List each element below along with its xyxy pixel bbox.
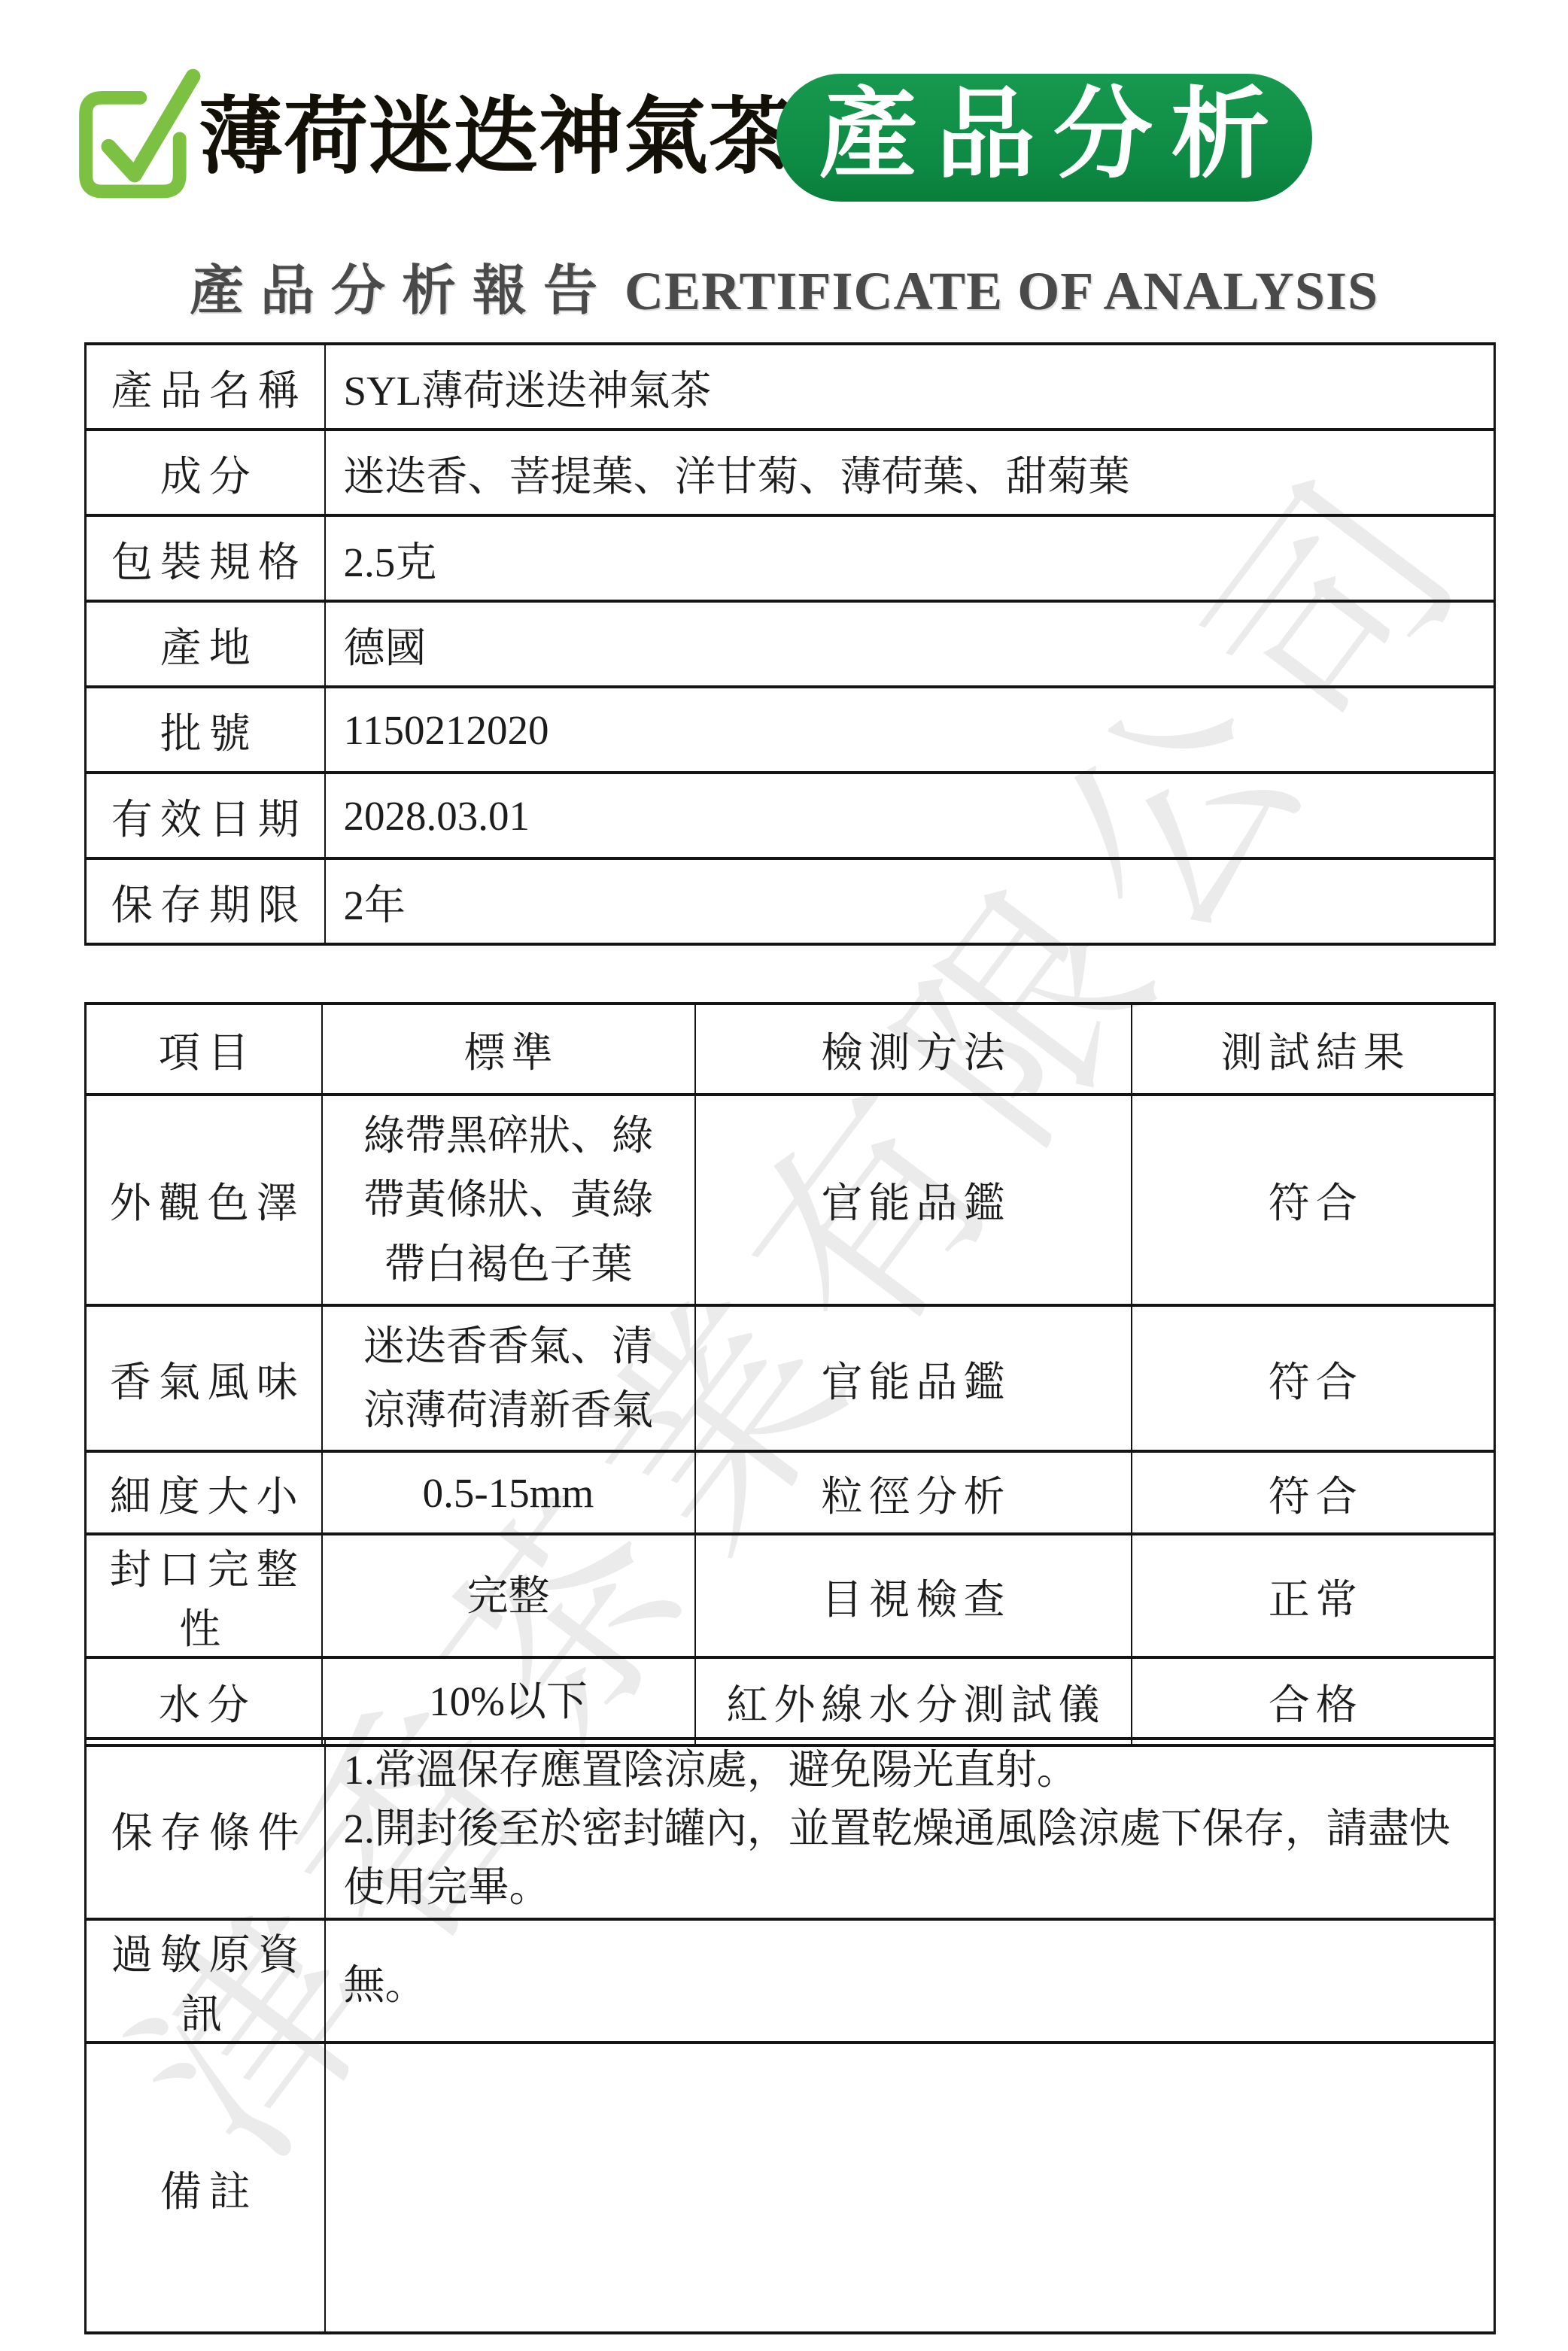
info-row-label: 產品名稱 — [86, 344, 325, 430]
info-row-label: 產地 — [86, 601, 325, 687]
allergen-info-value: 無。 — [325, 1919, 1495, 2043]
storage-info-table: 保存條件 1.常溫保存應置陰涼處，避免陽光直射。 2.開封後至於密封罐內，並置乾… — [84, 1737, 1496, 2334]
checkbox-check-icon — [68, 64, 202, 207]
test-cell-result: 符合 — [1132, 1451, 1495, 1534]
info-row-label: 批號 — [86, 687, 325, 773]
test-cell-standard: 迷迭香香氣、清涼薄荷清新香氣 — [322, 1305, 695, 1452]
info-row-label: 保存期限 — [86, 858, 325, 944]
test-cell-standard: 0.5-15mm — [322, 1451, 695, 1534]
table-row: 封口完整性 完整 目視檢查 正常 — [86, 1534, 1495, 1657]
table-row: 成分 迷迭香、菩提葉、洋甘菊、薄荷葉、甜菊葉 — [86, 430, 1495, 515]
table-row: 香氣風味 迷迭香香氣、清涼薄荷清新香氣 官能品鑑 符合 — [86, 1305, 1495, 1452]
product-info-table: 產品名稱 SYL薄荷迷迭神氣茶 成分 迷迭香、菩提葉、洋甘菊、薄荷葉、甜菊葉 包… — [84, 342, 1496, 946]
page-header: 薄荷迷迭神氣茶 產品分析 — [0, 0, 1568, 226]
test-cell-result: 符合 — [1132, 1305, 1495, 1452]
test-cell-item: 封口完整性 — [86, 1534, 322, 1657]
test-cell-method: 目視檢查 — [695, 1534, 1132, 1657]
info-row-value: 2.5克 — [325, 515, 1495, 601]
storage-condition-line: 2.開封後至於密封罐內，並置乾燥通風陰涼處下保存，請盡快使用完畢。 — [344, 1800, 1482, 1917]
info-row-label: 包裝規格 — [86, 515, 325, 601]
test-header-method: 檢測方法 — [695, 1004, 1132, 1095]
table-row: 水分 10%以下 紅外線水分測試儀 合格 — [86, 1657, 1495, 1745]
test-cell-item: 香氣風味 — [86, 1305, 322, 1452]
info-row-label: 有效日期 — [86, 773, 325, 858]
document-title-zh: 產品分析報告 — [190, 261, 614, 321]
table-row: 備註 — [86, 2043, 1495, 2333]
badge-label: 產品分析 — [801, 85, 1288, 190]
test-header-standard: 標準 — [322, 1004, 695, 1095]
table-header-row: 項目 標準 檢測方法 測試結果 — [86, 1004, 1495, 1095]
brand-title: 薄荷迷迭神氣茶 — [199, 81, 794, 195]
test-cell-standard: 10%以下 — [322, 1657, 695, 1745]
test-cell-result: 符合 — [1132, 1095, 1495, 1305]
certificate-page: 津香茶業有限公司 薄荷迷迭神氣茶 產品分析 產品分析報告CERTIFICATE … — [0, 0, 1568, 2351]
info-row-value: SYL薄荷迷迭神氣茶 — [325, 344, 1495, 430]
test-cell-method: 紅外線水分測試儀 — [695, 1657, 1132, 1745]
test-header-item: 項目 — [86, 1004, 322, 1095]
test-cell-method: 粒徑分析 — [695, 1451, 1132, 1534]
document-title: 產品分析報告CERTIFICATE OF ANALYSIS — [0, 247, 1568, 325]
test-cell-result: 合格 — [1132, 1657, 1495, 1745]
storage-row-label: 過敏原資訊 — [86, 1919, 325, 2043]
storage-row-label: 備註 — [86, 2043, 325, 2333]
table-row: 包裝規格 2.5克 — [86, 515, 1495, 601]
info-row-value: 1150212020 — [325, 687, 1495, 773]
table-row: 批號 1150212020 — [86, 687, 1495, 773]
test-cell-item: 水分 — [86, 1657, 322, 1745]
storage-condition-line: 1.常溫保存應置陰涼處，避免陽光直射。 — [344, 1741, 1482, 1800]
table-row: 保存期限 2年 — [86, 858, 1495, 944]
test-results-table: 項目 標準 檢測方法 測試結果 外觀色澤 綠帶黑碎狀、綠帶黃條狀、黃綠帶白褐色子… — [84, 1002, 1496, 1747]
document-title-en: CERTIFICATE OF ANALYSIS — [624, 261, 1378, 321]
info-row-value: 德國 — [325, 601, 1495, 687]
table-row: 細度大小 0.5-15mm 粒徑分析 符合 — [86, 1451, 1495, 1534]
table-row: 外觀色澤 綠帶黑碎狀、綠帶黃條狀、黃綠帶白褐色子葉 官能品鑑 符合 — [86, 1095, 1495, 1305]
info-row-label: 成分 — [86, 430, 325, 515]
table-row: 有效日期 2028.03.01 — [86, 773, 1495, 858]
test-cell-method: 官能品鑑 — [695, 1095, 1132, 1305]
test-cell-result: 正常 — [1132, 1534, 1495, 1657]
info-row-value: 2028.03.01 — [325, 773, 1495, 858]
test-cell-method: 官能品鑑 — [695, 1305, 1132, 1452]
info-row-value: 迷迭香、菩提葉、洋甘菊、薄荷葉、甜菊葉 — [325, 430, 1495, 515]
storage-row-label: 保存條件 — [86, 1739, 325, 1919]
table-row: 保存條件 1.常溫保存應置陰涼處，避免陽光直射。 2.開封後至於密封罐內，並置乾… — [86, 1739, 1495, 1919]
test-cell-item: 細度大小 — [86, 1451, 322, 1534]
test-cell-standard: 綠帶黑碎狀、綠帶黃條狀、黃綠帶白褐色子葉 — [322, 1095, 695, 1305]
test-header-result: 測試結果 — [1132, 1004, 1495, 1095]
storage-conditions-value: 1.常溫保存應置陰涼處，避免陽光直射。 2.開封後至於密封罐內，並置乾燥通風陰涼… — [325, 1739, 1495, 1919]
info-row-value: 2年 — [325, 858, 1495, 944]
test-cell-item: 外觀色澤 — [86, 1095, 322, 1305]
product-analysis-badge: 產品分析 — [776, 74, 1312, 202]
test-cell-standard: 完整 — [322, 1534, 695, 1657]
table-row: 過敏原資訊 無。 — [86, 1919, 1495, 2043]
table-row: 產品名稱 SYL薄荷迷迭神氣茶 — [86, 344, 1495, 430]
remarks-value — [325, 2043, 1495, 2333]
table-row: 產地 德國 — [86, 601, 1495, 687]
